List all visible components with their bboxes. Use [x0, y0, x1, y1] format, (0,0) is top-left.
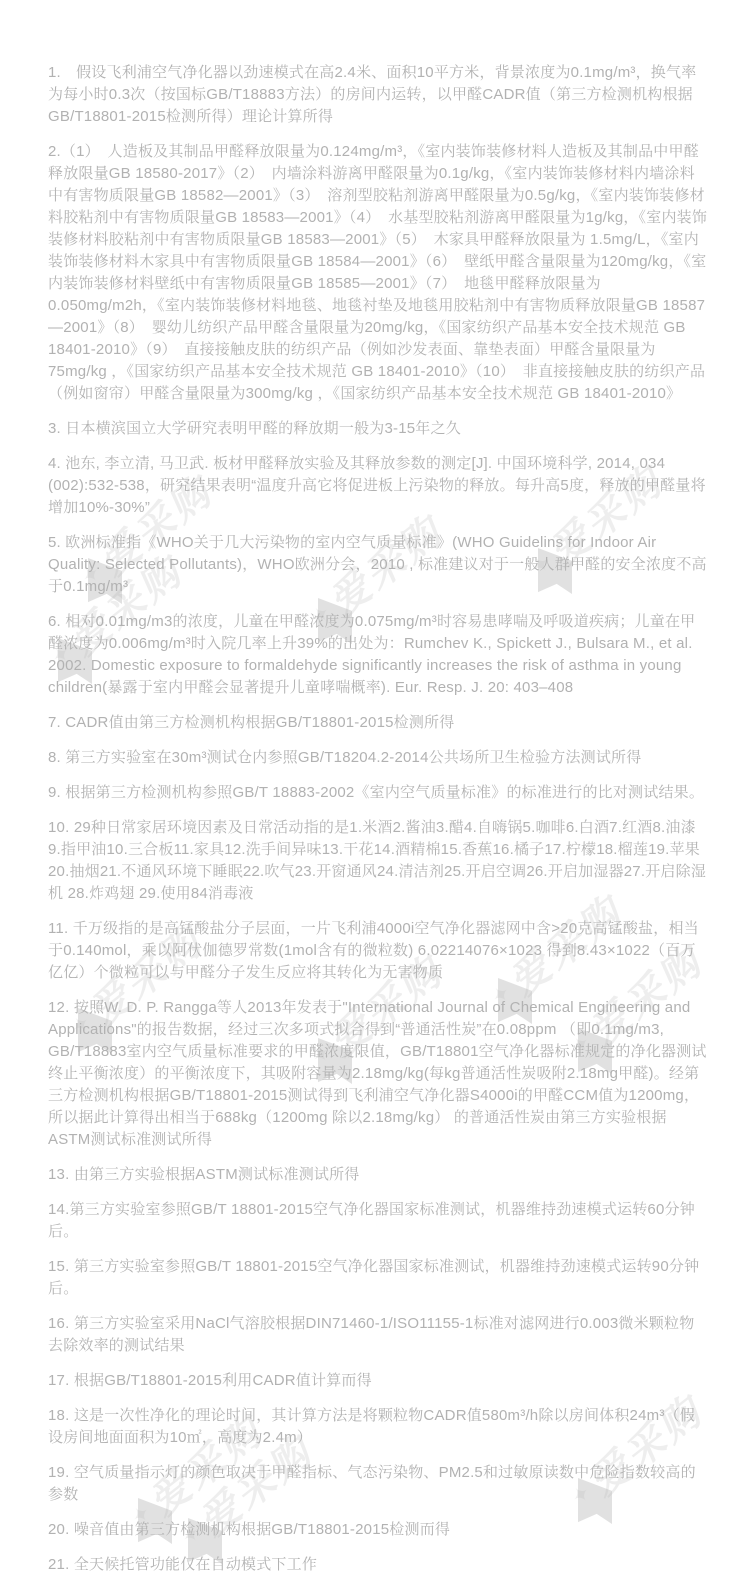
footnote-item: 14.第三方实验室参照GB/T 18801-2015空气净化器国家标准测试，机器…: [48, 1199, 708, 1243]
footnote-item: 3. 日本横滨国立大学研究表明甲醛的释放期一般为3-15年之久: [48, 418, 708, 440]
footnote-item: 18. 这是一次性净化的理论时间，其计算方法是将颗粒物CADR值580m³/h除…: [48, 1405, 708, 1449]
footnote-item: 19. 空气质量指示灯的颜色取决于甲醛指标、气态污染物、PM2.5和过敏原读数中…: [48, 1462, 708, 1506]
footnotes-list: 1. 假设飞利浦空气净化器以劲速模式在高2.4米、面积10平方米，背景浓度为0.…: [0, 0, 750, 1576]
footnote-item: 15. 第三方实验室参照GB/T 18801-2015空气净化器国家标准测试，机…: [48, 1256, 708, 1300]
footnote-item: 9. 根据第三方检测机构参照GB/T 18883-2002《室内空气质量标准》的…: [48, 782, 708, 804]
footnote-item: 21. 全天候托管功能仅在自动模式下工作: [48, 1554, 708, 1576]
footnote-item: 1. 假设飞利浦空气净化器以劲速模式在高2.4米、面积10平方米，背景浓度为0.…: [48, 62, 708, 128]
footnote-item: 10. 29种日常家居环境因素及日常活动指的是1.米酒2.酱油3.醋4.自嗨锅5…: [48, 817, 708, 905]
footnote-item: 11. 千万级指的是高锰酸盐分子层面，一片飞利浦4000i空气净化器滤网中含>2…: [48, 918, 708, 984]
footnote-item: 20. 噪音值由第三方检测机构根据GB/T18801-2015检测而得: [48, 1519, 708, 1541]
footnote-item: 4. 池东, 李立清, 马卫武. 板材甲醛释放实验及其释放参数的测定[J]. 中…: [48, 453, 708, 519]
footnote-item: 13. 由第三方实验根据ASTM测试标准测试所得: [48, 1164, 708, 1186]
footnote-item: 7. CADR值由第三方检测机构根据GB/T18801-2015检测所得: [48, 712, 708, 734]
footnote-item: 17. 根据GB/T18801-2015利用CADR值计算而得: [48, 1370, 708, 1392]
footnote-item: 2.（1） 人造板及其制品甲醛释放限量为0.124mg/m³，《室内装饰装修材料…: [48, 141, 708, 405]
footnote-item: 16. 第三方实验室采用NaCl气溶胶根据DIN71460-1/ISO11155…: [48, 1313, 708, 1357]
footnote-item: 8. 第三方实验室在30m³测试仓内参照GB/T18204.2-2014公共场所…: [48, 747, 708, 769]
footnotes-page: ✦爱采购✦爱采购✦爱采购✦爱采购✦爱采购✦爱采购✦爱采购✦爱采购✦爱采购✦爱采购…: [0, 0, 750, 1585]
footnote-item: 12. 按照W. D. P. Rangga等人2013年发表于"Internat…: [48, 997, 708, 1151]
footnote-item: 6. 相对0.01mg/m3的浓度，儿童在甲醛浓度为0.075mg/m³时容易患…: [48, 611, 708, 699]
footnote-item: 5. 欧洲标准指《WHO关于几大污染物的室内空气质量标准》(WHO Guidel…: [48, 532, 708, 598]
